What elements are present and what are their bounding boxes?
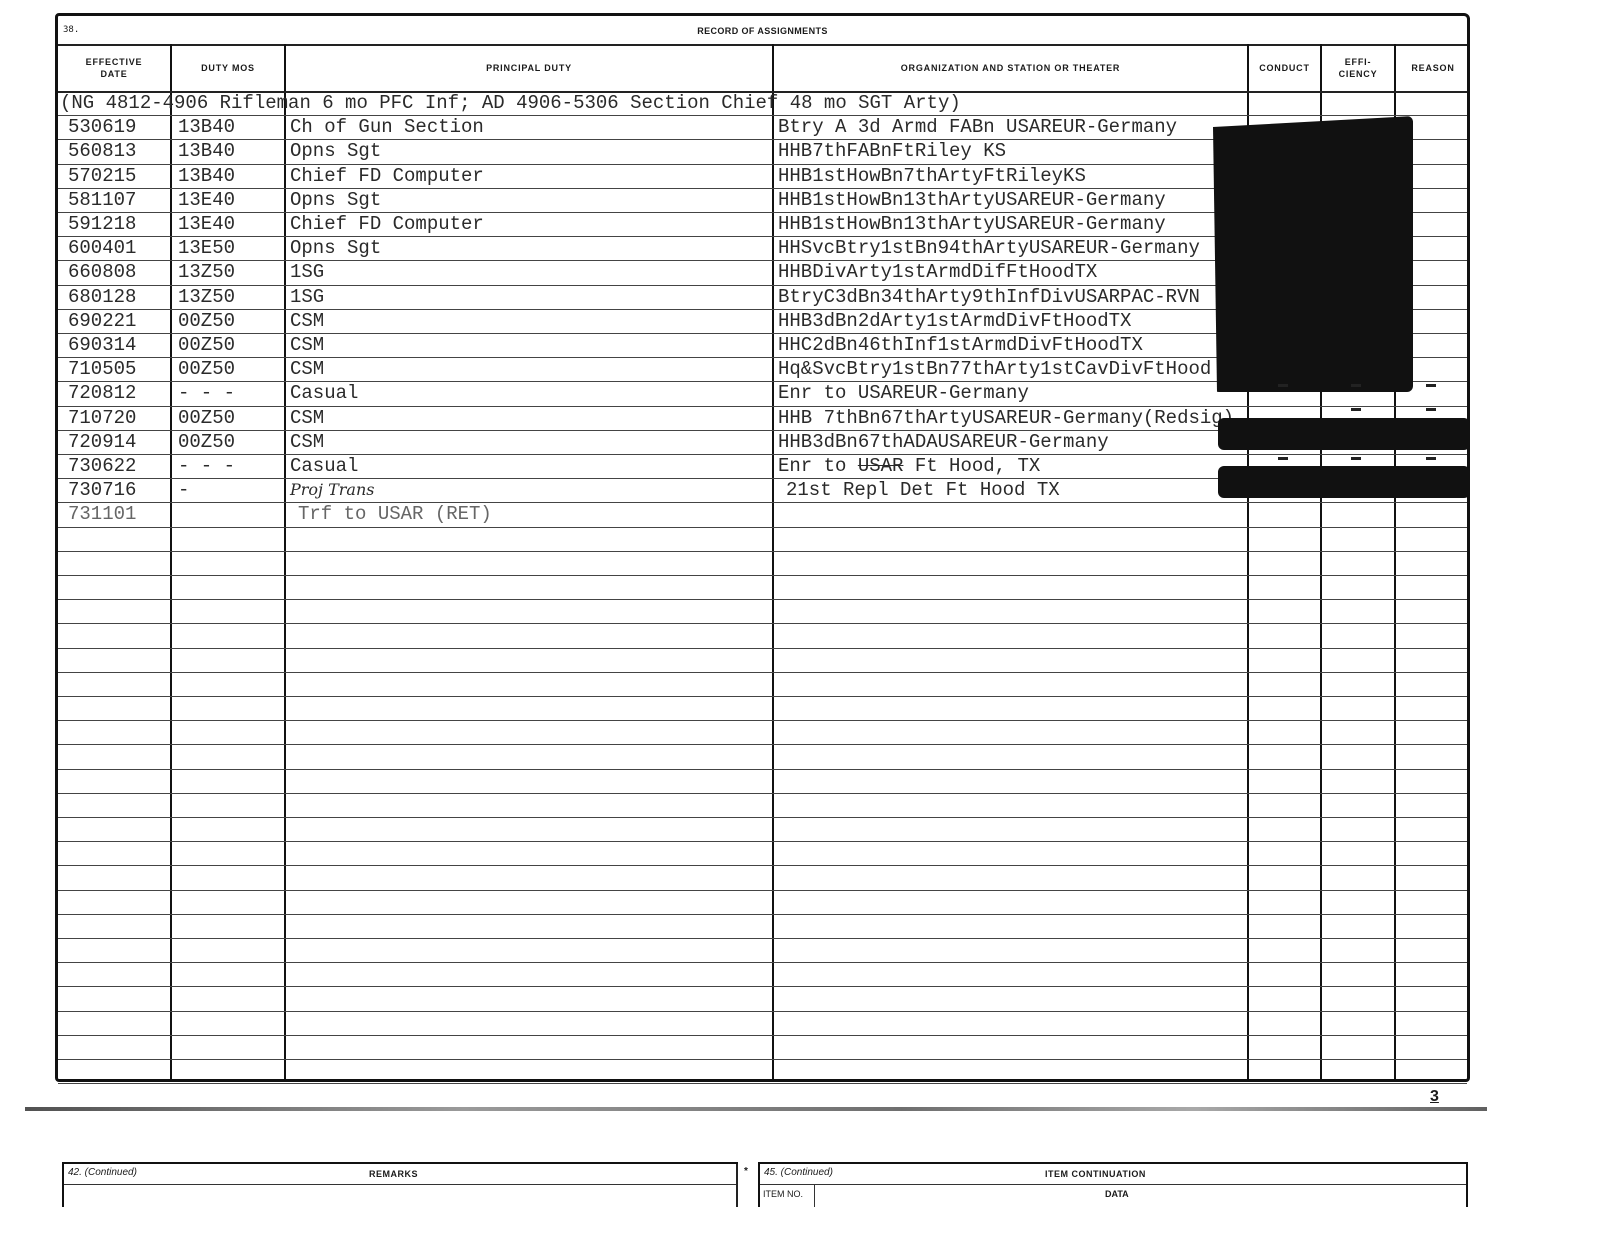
principal-duty-cell: 1SG (290, 286, 324, 308)
conduct-dash (1278, 457, 1288, 460)
effective-date-cell: 530619 (68, 116, 136, 138)
remarks-asterisk: * (744, 1166, 748, 1177)
duty-mos-cell: 13Z50 (178, 286, 235, 308)
principal-duty-cell: CSM (290, 358, 324, 380)
header-effective-date: EFFECTIVE DATE (58, 44, 170, 91)
organization-cell: HHB1stHowBn13thArtyUSAREUR-Germany (778, 213, 1166, 235)
effective-date-cell: 581107 (68, 189, 136, 211)
effective-date-cell: 710720 (68, 407, 136, 429)
conduct-dash (1278, 384, 1288, 387)
organization-cell: BtryC3dBn34thArty9thInfDivUSARPAC-RVN (778, 286, 1200, 308)
duty-mos-cell: 00Z50 (178, 334, 235, 356)
redaction-block (1218, 466, 1470, 498)
header-organization: ORGANIZATION AND STATION OR THEATER (774, 44, 1247, 91)
duty-mos-cell: 13B40 (178, 116, 235, 138)
column-divider (170, 44, 172, 1079)
duty-mos-cell: 00Z50 (178, 358, 235, 380)
principal-duty-cell: Opns Sgt (290, 189, 381, 211)
redaction-block (1213, 116, 1413, 392)
continuation-title: ITEM CONTINUATION (1045, 1169, 1146, 1179)
duty-mos-cell: 00Z50 (178, 407, 235, 429)
organization-cell: HHB 7thBn67thArtyUSAREUR-Germany(Redsig) (778, 407, 1234, 429)
row-line (58, 551, 1467, 552)
effective-date-cell: 720914 (68, 431, 136, 453)
principal-duty-cell: Proj Trans (290, 479, 374, 501)
effective-date-cell: 690314 (68, 334, 136, 356)
row-line (58, 648, 1467, 649)
page-number: 3 (1430, 1088, 1439, 1106)
org-suffix: Ft Hood, TX (903, 455, 1040, 477)
row-line (58, 720, 1467, 721)
org-prefix: Enr to (778, 455, 858, 477)
principal-duty-cell: CSM (290, 334, 324, 356)
remarks-form: 42. (Continued) REMARKS (62, 1162, 738, 1207)
organization-cell: HHBDivArty1stArmdDifFtHoodTX (778, 261, 1097, 283)
reason-dash (1426, 408, 1436, 411)
data-label: DATA (1105, 1189, 1129, 1199)
row-line (58, 744, 1467, 745)
item-no-label: ITEM NO. (763, 1189, 803, 1199)
effective-date-cell: 730622 (68, 455, 136, 477)
duty-mos-cell: 13E50 (178, 237, 235, 259)
organization-cell: HHC2dBn46thInf1stArmdDivFtHoodTX (778, 334, 1143, 356)
column-divider (772, 44, 774, 1079)
row-line (58, 1011, 1467, 1012)
effective-date-cell: 710505 (68, 358, 136, 380)
organization-cell: HHB1stHowBn13thArtyUSAREUR-Germany (778, 189, 1166, 211)
column-divider (284, 44, 286, 1079)
row-line (58, 817, 1467, 818)
efficiency-dash (1351, 384, 1361, 387)
principal-duty-cell: CSM (290, 431, 324, 453)
reason-dash (1426, 457, 1436, 460)
duty-mos-cell: 00Z50 (178, 310, 235, 332)
remarks-title: REMARKS (369, 1169, 418, 1179)
organization-cell: Hq&SvcBtry1stBn77thArty1stCavDivFtHood (778, 358, 1211, 380)
row-line (58, 454, 1467, 455)
row-line (58, 672, 1467, 673)
header-principal-duty: PRINCIPAL DUTY (286, 44, 772, 91)
section-title: RECORD OF ASSIGNMENTS (58, 26, 1467, 36)
row-line (58, 527, 1467, 528)
effective-date-cell: 660808 (68, 261, 136, 283)
principal-duty-cell: CSM (290, 407, 324, 429)
duty-mos-cell: 13B40 (178, 165, 235, 187)
organization-cell: Enr to USAREUR-Germany (778, 382, 1029, 404)
principal-duty-cell: 1SG (290, 261, 324, 283)
principal-duty-cell: Trf to USAR (RET) (298, 503, 492, 525)
row-line (58, 406, 1467, 407)
duty-mos-cell: 00Z50 (178, 431, 235, 453)
record-of-assignments-table: 38. RECORD OF ASSIGNMENTS EFFECTIVE DATE… (55, 13, 1470, 1082)
duty-mos-cell: 13B40 (178, 140, 235, 162)
duty-mos-cell: - - - (178, 455, 235, 477)
efficiency-dash (1351, 457, 1361, 460)
item-continuation-form: 45. (Continued) ITEM CONTINUATION ITEM N… (758, 1162, 1468, 1207)
effective-date-cell: 560813 (68, 140, 136, 162)
effective-date-cell: 570215 (68, 165, 136, 187)
row-line (58, 914, 1467, 915)
row-line (58, 115, 1467, 116)
organization-cell: Btry A 3d Armd FABn USAREUR-Germany (778, 116, 1177, 138)
row-line (58, 575, 1467, 576)
remarks-label: 42. (Continued) (68, 1167, 137, 1178)
header-conduct: CONDUCT (1249, 44, 1320, 91)
organization-cell: 21st Repl Det Ft Hood TX (786, 479, 1060, 501)
row-line (58, 1059, 1467, 1060)
effective-date-cell: 600401 (68, 237, 136, 259)
row-line (58, 696, 1467, 697)
duty-mos-cell: 13E40 (178, 189, 235, 211)
principal-duty-cell: Opns Sgt (290, 237, 381, 259)
service-summary-line: (NG 4812-4906 Rifleman 6 mo PFC Inf; AD … (60, 92, 961, 114)
continuation-label: 45. (Continued) (764, 1167, 833, 1178)
principal-duty-cell: Chief FD Computer (290, 165, 484, 187)
principal-duty-cell: Opns Sgt (290, 140, 381, 162)
row-line (58, 769, 1467, 770)
effective-date-cell: 730716 (68, 479, 136, 501)
principal-duty-cell: Casual (290, 455, 358, 477)
duty-mos-cell: - - - (178, 382, 235, 404)
row-line (58, 502, 1467, 503)
effective-date-cell: 731101 (68, 503, 136, 525)
organization-cell: HHB1stHowBn7thArtyFtRileyKS (778, 165, 1086, 187)
organization-cell: Enr to USAR Ft Hood, TX (778, 455, 1040, 477)
section-title-band: 38. RECORD OF ASSIGNMENTS (58, 16, 1467, 46)
page-separator (25, 1107, 1487, 1111)
row-line (58, 793, 1467, 794)
duty-mos-cell: 13Z50 (178, 261, 235, 283)
organization-cell: HHSvcBtry1stBn94thArtyUSAREUR-Germany (778, 237, 1200, 259)
row-line (58, 962, 1467, 963)
organization-cell: HHB3dBn2dArty1stArmdDivFtHoodTX (778, 310, 1131, 332)
row-line (58, 1083, 1467, 1084)
principal-duty-cell: Ch of Gun Section (290, 116, 484, 138)
effective-date-cell: 680128 (68, 286, 136, 308)
header-efficiency: EFFI- CIENCY (1322, 44, 1394, 91)
effective-date-cell: 690221 (68, 310, 136, 332)
row-line (58, 938, 1467, 939)
duty-mos-cell: - (178, 479, 189, 501)
header-reason: REASON (1396, 44, 1470, 91)
reason-dash (1426, 384, 1436, 387)
redaction-block (1218, 418, 1470, 450)
row-line (58, 986, 1467, 987)
effective-date-cell: 720812 (68, 382, 136, 404)
efficiency-dash (1351, 408, 1361, 411)
row-line (58, 841, 1467, 842)
row-line (58, 623, 1467, 624)
row-line (58, 599, 1467, 600)
principal-duty-cell: Chief FD Computer (290, 213, 484, 235)
row-line (58, 1035, 1467, 1036)
organization-cell: HHB3dBn67thADAUSAREUR-Germany (778, 431, 1109, 453)
row-line (58, 890, 1467, 891)
principal-duty-cell: Casual (290, 382, 358, 404)
organization-cell: HHB7thFABnFtRiley KS (778, 140, 1006, 162)
effective-date-cell: 591218 (68, 213, 136, 235)
principal-duty-cell: CSM (290, 310, 324, 332)
row-line (58, 865, 1467, 866)
header-duty-mos: DUTY MOS (172, 44, 284, 91)
org-struck: USAR (858, 455, 904, 477)
duty-mos-cell: 13E40 (178, 213, 235, 235)
